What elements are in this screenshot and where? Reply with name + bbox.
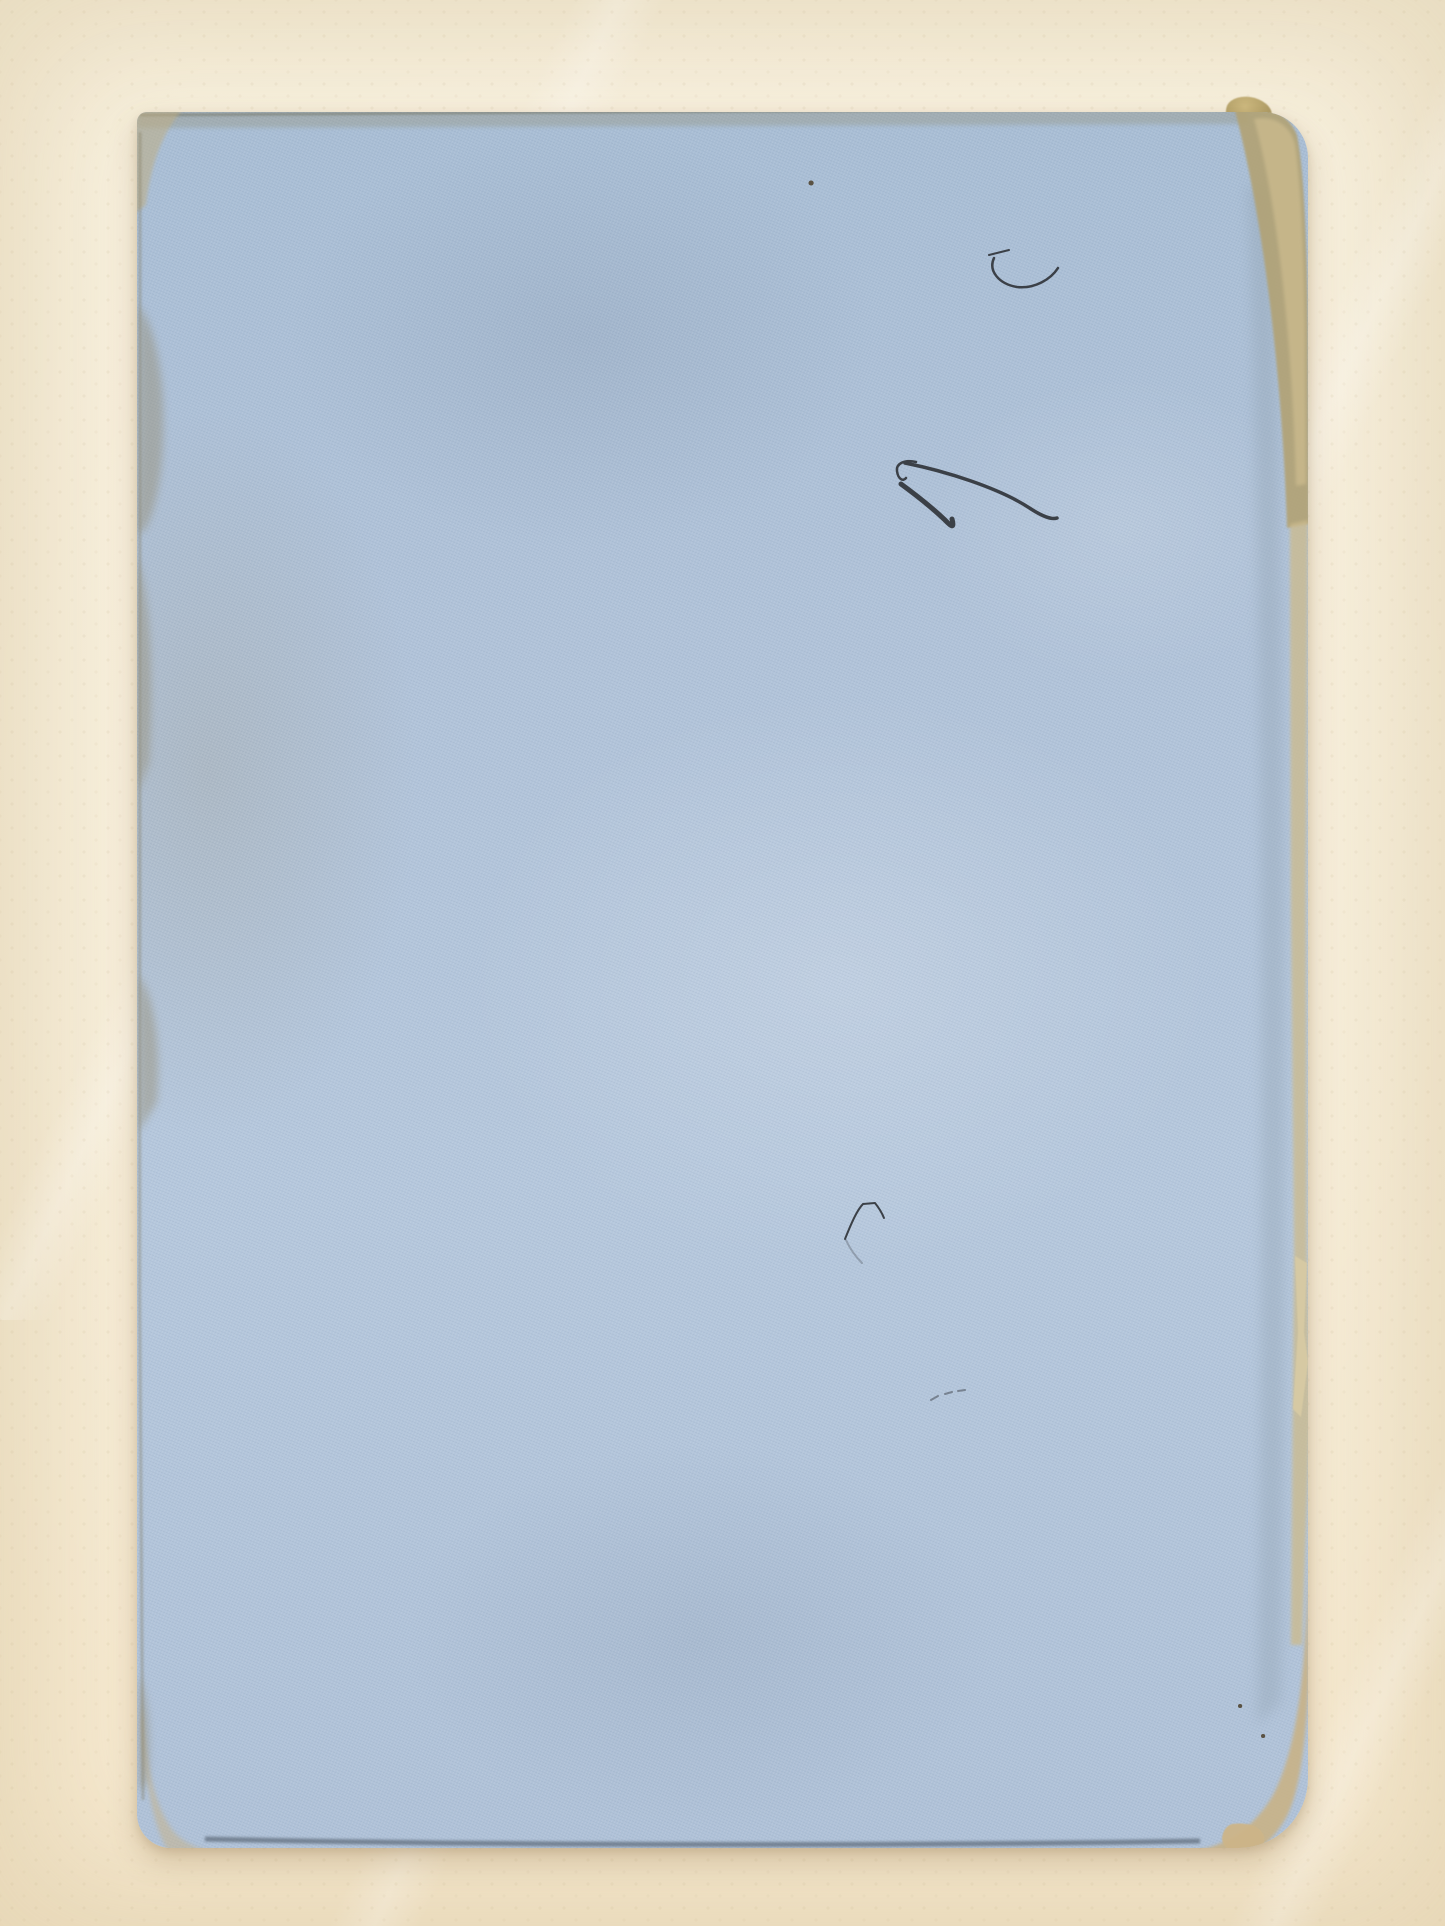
bottom-right-worn-tab: [1222, 1824, 1264, 1849]
pen-mark-crescent-tick: [989, 250, 1009, 255]
pen-mark-squiggle-sweep: [905, 463, 1057, 519]
bottom-left-corner-wear: [141, 1705, 212, 1848]
left-edge-stain: [138, 305, 164, 532]
top-edge-line: [140, 112, 1242, 115]
top-left-corner-fray: [137, 112, 186, 214]
left-edge-stain: [138, 558, 151, 792]
photo-backdrop: [0, 0, 1445, 1926]
wear-and-marks-layer: [137, 112, 1308, 1848]
book-back-cover: [137, 112, 1308, 1848]
bottom-edge-line: [205, 1839, 1200, 1845]
pen-mark-crescent-curve: [992, 258, 1058, 287]
pen-mark-squiggle-loop: [897, 461, 916, 480]
right-edge-gray-band: [1247, 185, 1285, 1725]
pen-mark-squiggle-downstroke: [901, 484, 953, 526]
top-right-spine-wear: [1234, 112, 1308, 528]
top-edge-wear-band: [137, 112, 1249, 128]
left-edge-line: [138, 132, 143, 1800]
left-edge-stain: [139, 1675, 149, 1792]
pen-mark-peak-tail: [846, 1240, 862, 1263]
top-right-spine-highlight: [1254, 118, 1306, 486]
pen-mark-peak: [845, 1203, 884, 1239]
right-edge-peeling-flap: [1293, 1256, 1308, 1417]
right-spine-strip: [1290, 520, 1308, 1645]
pen-mark-faint-dashes: [931, 1390, 965, 1400]
bottom-right-corner-wear: [1186, 1550, 1308, 1848]
left-edge-stain: [139, 975, 158, 1132]
